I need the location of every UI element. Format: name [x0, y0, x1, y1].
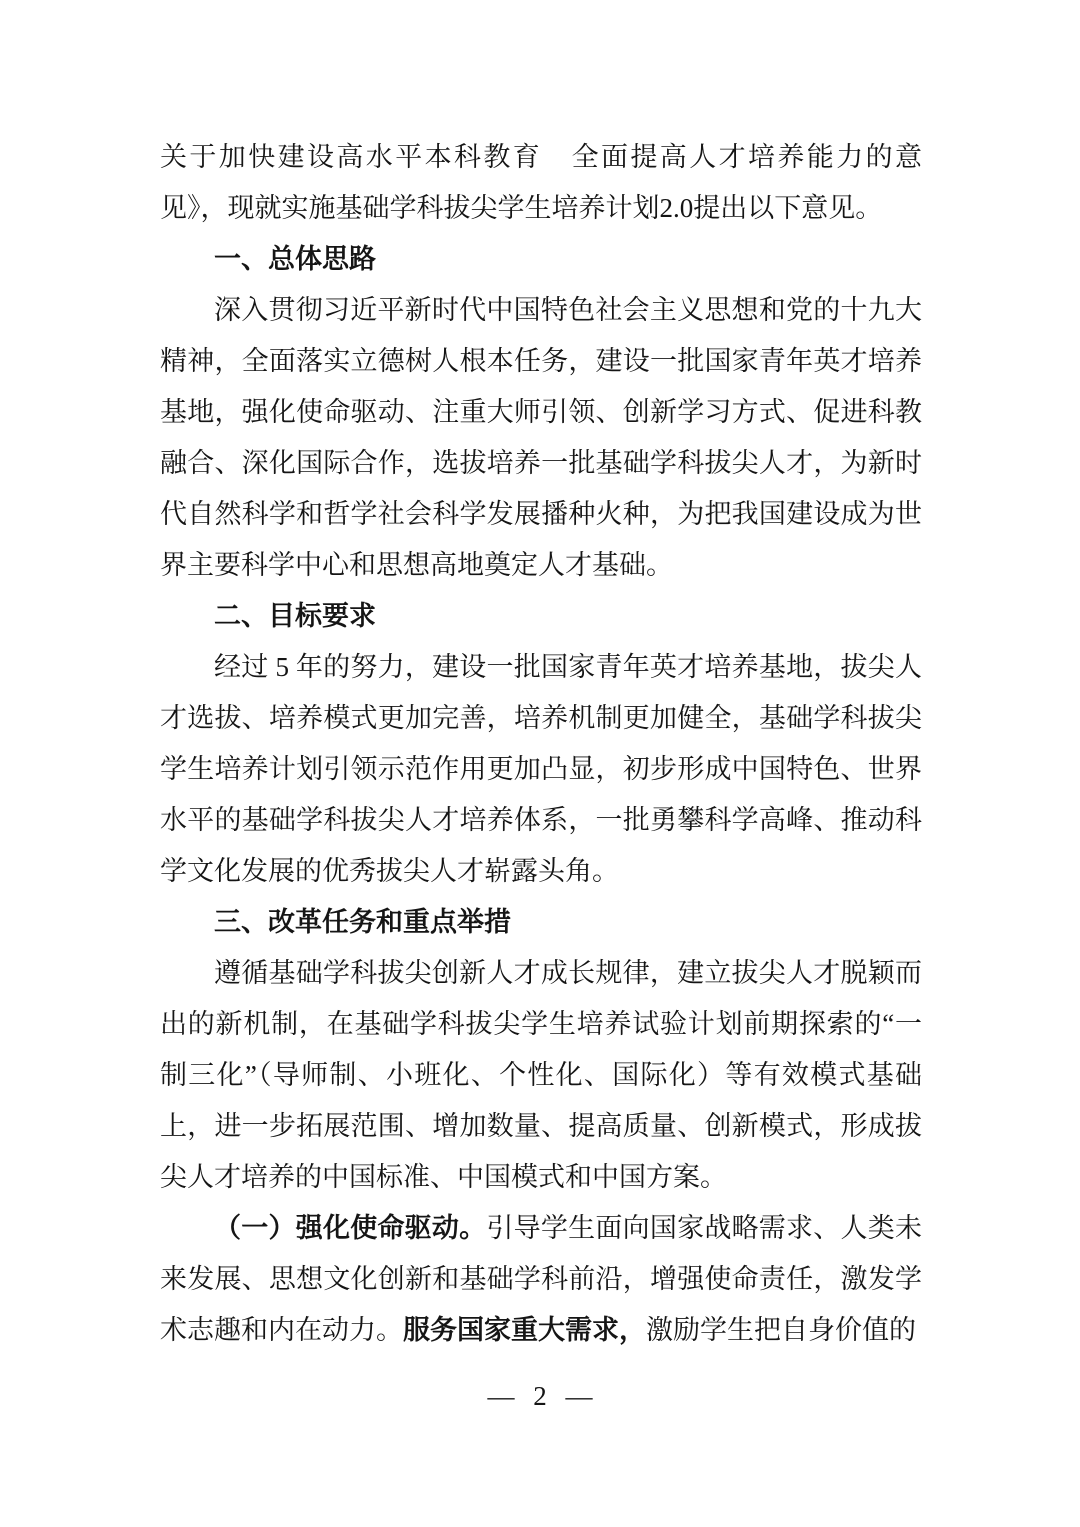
measure-1-title: （一）强化使命驱动。 — [214, 1213, 486, 1243]
measure-1-emphasis: 服务国家重大需求， — [403, 1315, 646, 1345]
section-heading-reform-tasks: 三、改革任务和重点举措 — [160, 897, 922, 948]
goals-paragraph: 经过 5 年的努力，建设一批国家青年英才培养基地，拔尖人才选拔、培养模式更加完善… — [160, 642, 922, 897]
measure-1-paragraph: （一）强化使命驱动。引导学生面向国家战略需求、人类未来发展、思想文化创新和基础学… — [160, 1203, 922, 1356]
section-heading-overall-approach: 一、总体思路 — [160, 234, 922, 285]
page-number: — 2 — — [488, 1381, 593, 1411]
section-heading-goals: 二、目标要求 — [160, 591, 922, 642]
intro-continuation-paragraph: 关于加快建设高水平本科教育 全面提高人才培养能力的意见》，现就实施基础学科拔尖学… — [160, 132, 922, 234]
document-body: 关于加快建设高水平本科教育 全面提高人才培养能力的意见》，现就实施基础学科拔尖学… — [160, 132, 922, 1356]
overall-approach-paragraph: 深入贯彻习近平新时代中国特色社会主义思想和党的十九大精神，全面落实立德树人根本任… — [160, 285, 922, 591]
measure-1-body-text-continued: 激励学生把自身价值的 — [646, 1315, 916, 1345]
page-footer: — 2 — — [0, 1376, 1080, 1416]
document-page: 关于加快建设高水平本科教育 全面提高人才培养能力的意见》，现就实施基础学科拔尖学… — [0, 0, 1080, 1527]
reform-tasks-paragraph: 遵循基础学科拔尖创新人才成长规律，建立拔尖人才脱颖而出的新机制，在基础学科拔尖学… — [160, 948, 922, 1203]
